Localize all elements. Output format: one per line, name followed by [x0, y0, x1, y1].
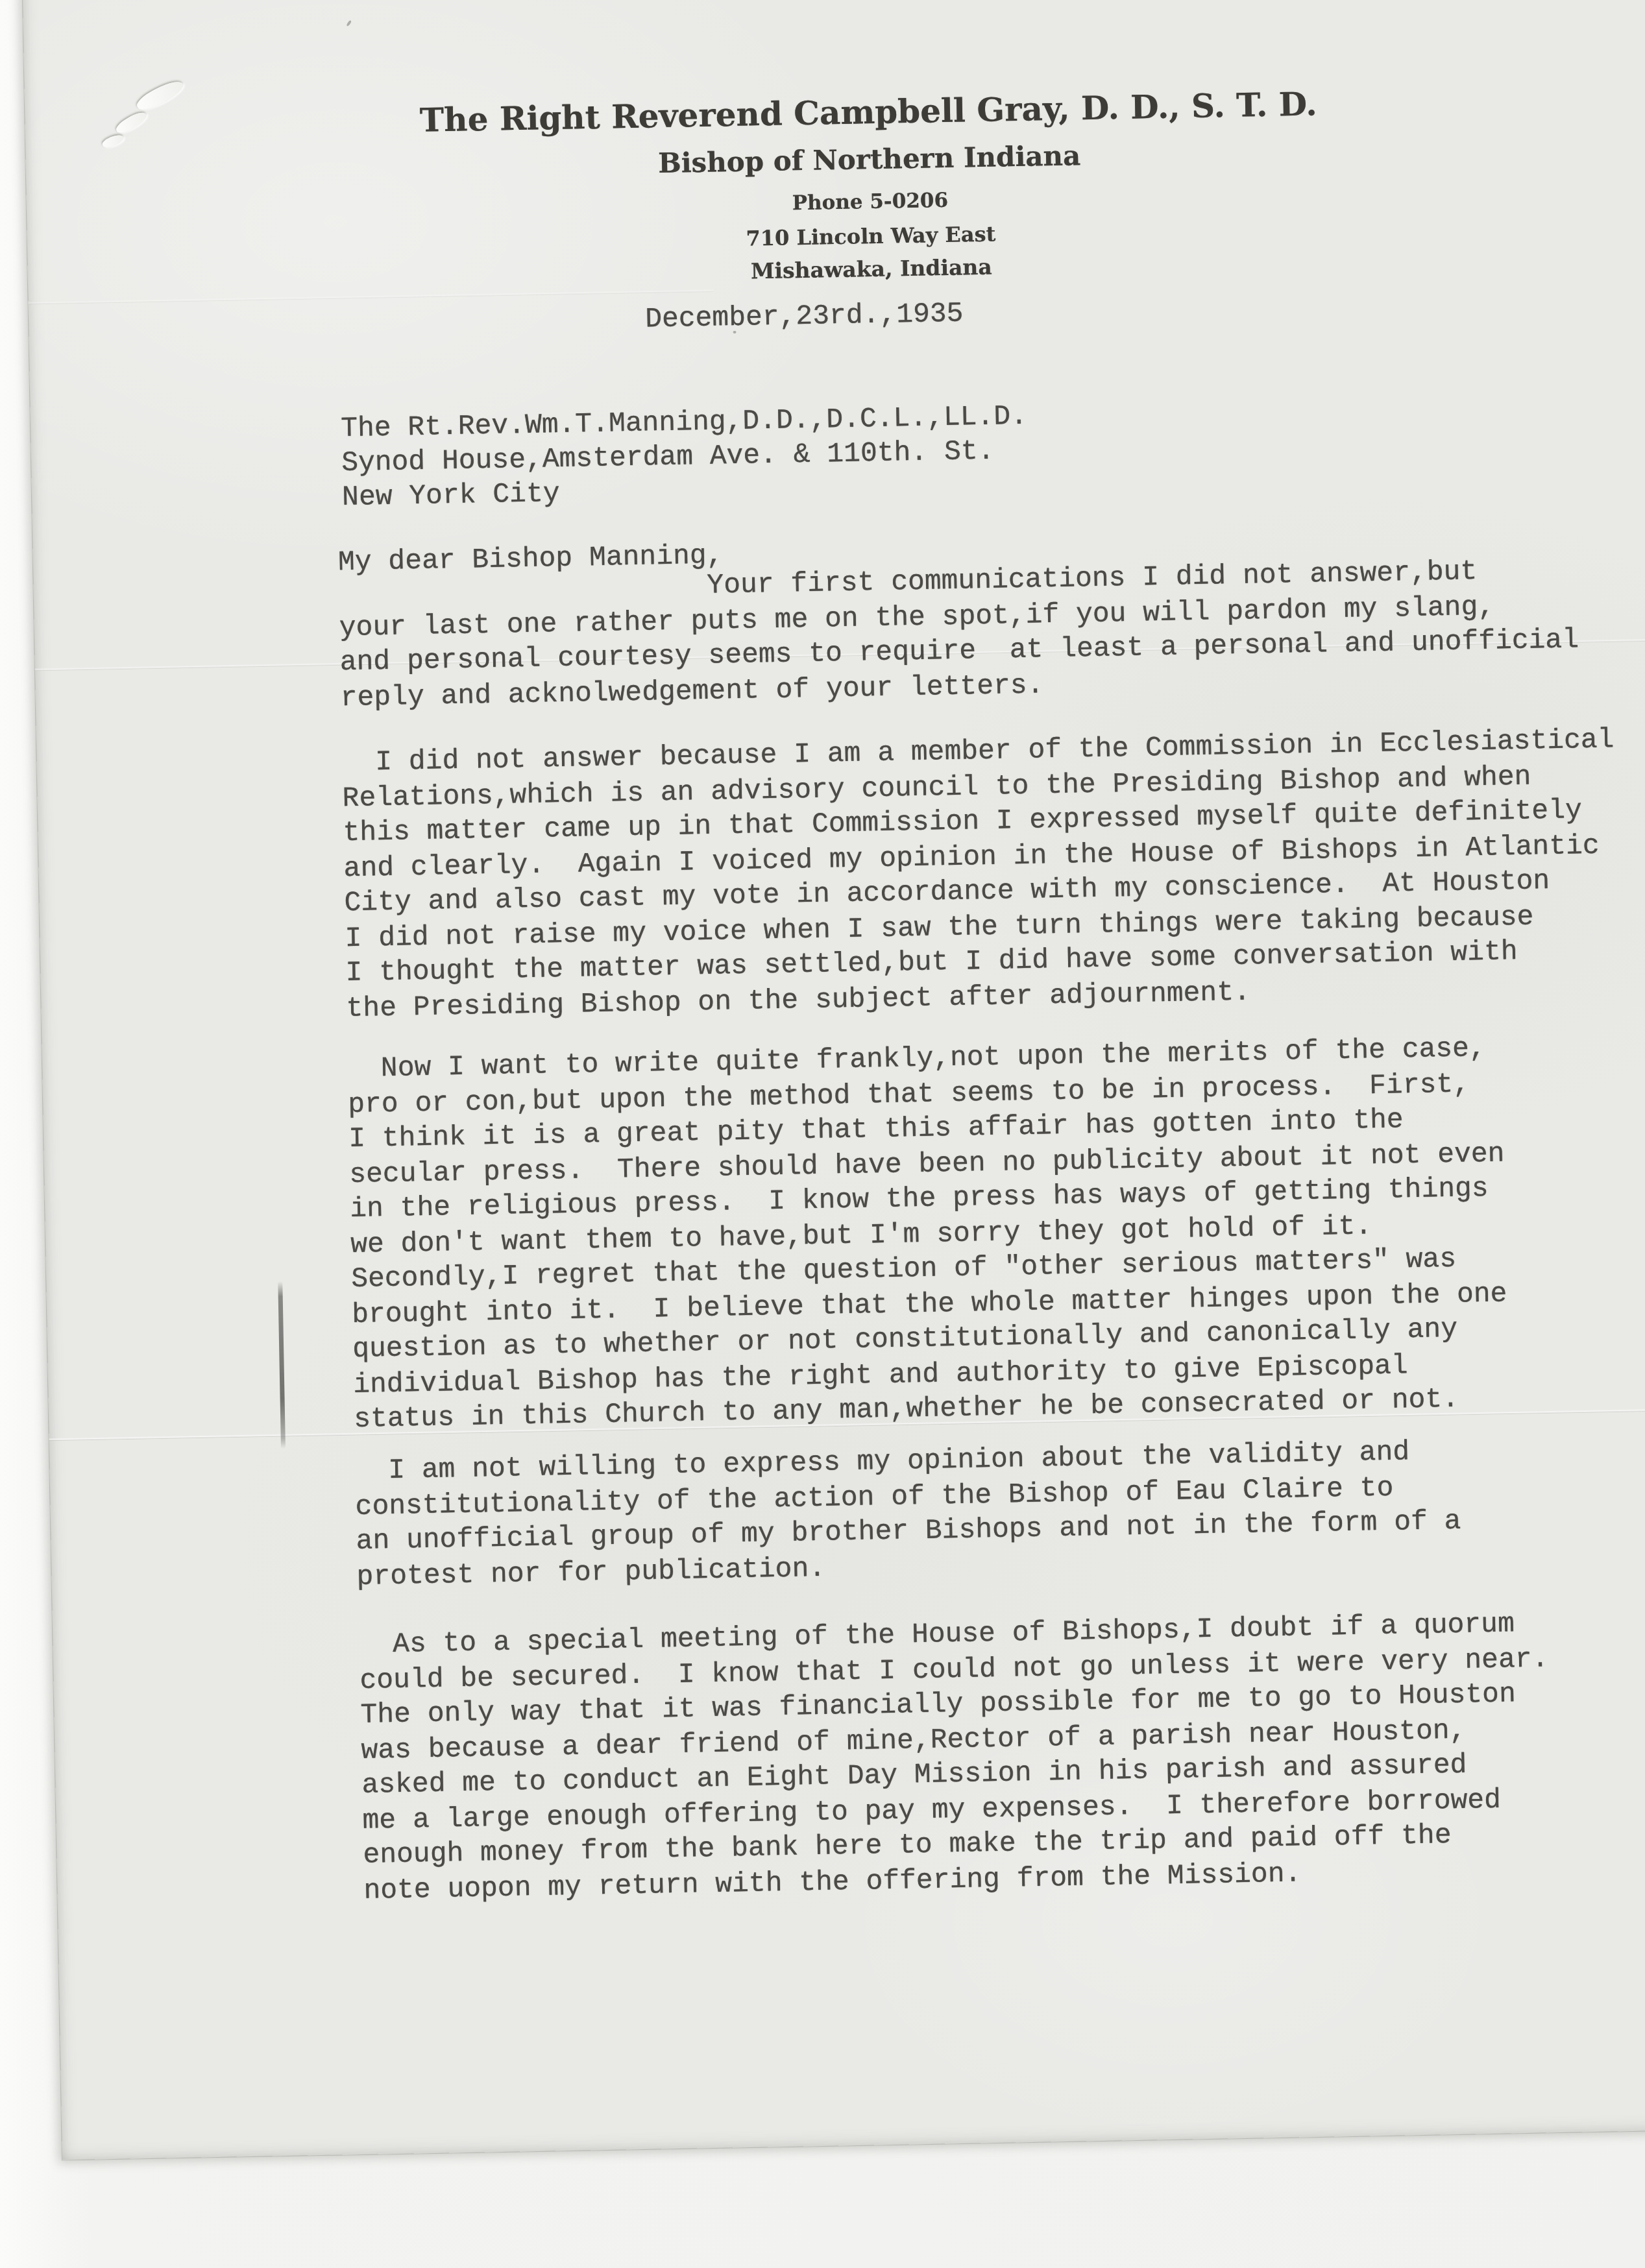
body-paragraph-1: Your first communications I did not answ… [338, 552, 1579, 715]
body-paragraph-5: As to a special meeting of the House of … [359, 1606, 1553, 1908]
date-line: December,23rd.,1935 [645, 298, 964, 335]
body-paragraph-3: Now I want to write quite frankly,not up… [347, 1030, 1509, 1437]
letter-paper: The Right Reverend Campbell Gray, D. D.,… [22, 0, 1645, 2160]
scanned-letter: The Right Reverend Campbell Gray, D. D.,… [0, 0, 1645, 2268]
pencil-margin-mark [278, 1281, 286, 1449]
paper-speck [346, 20, 352, 27]
body-paragraph-2: I did not answer because I am a member o… [341, 722, 1619, 1026]
recipient-address: The Rt.Rev.Wm.T.Manning,D.D.,D.C.L.,LL.D… [341, 399, 1029, 514]
body-paragraph-4: I am not willing to express my opinion a… [354, 1434, 1462, 1594]
